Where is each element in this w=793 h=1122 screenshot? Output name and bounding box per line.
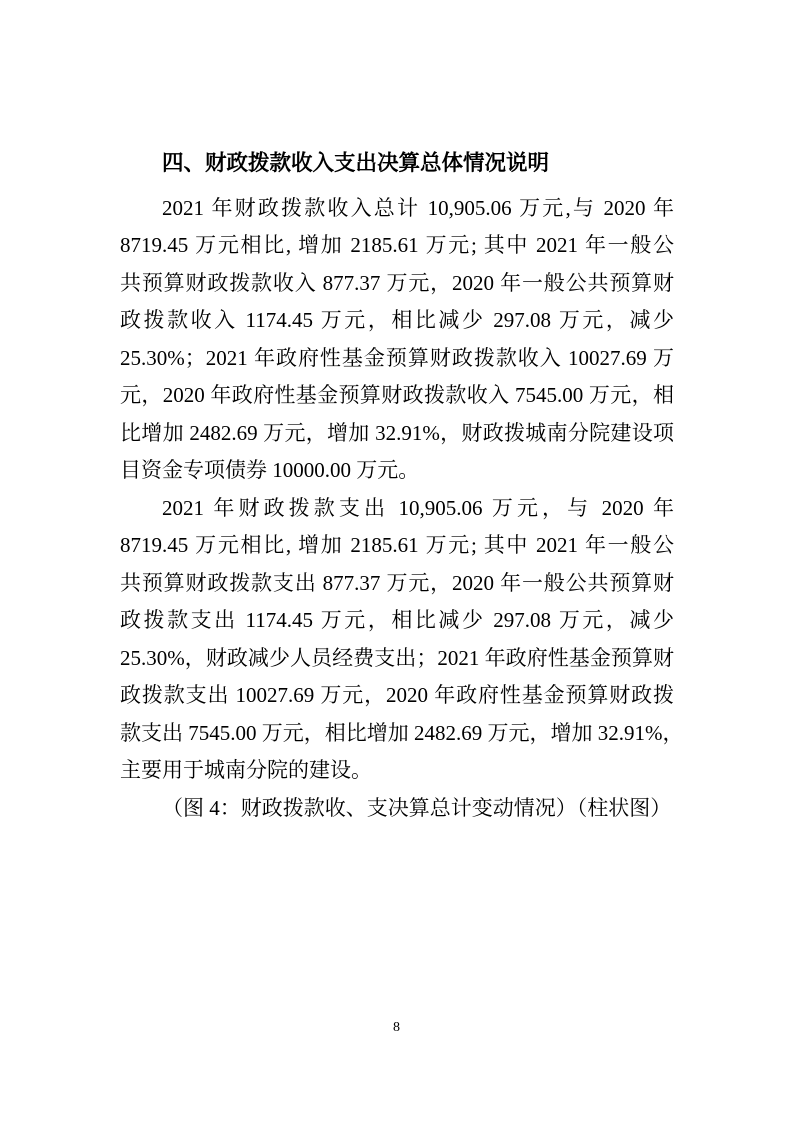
paragraph-income: 2021 年财政拨款收入总计 10,905.06 万元,与 2020 年 871… bbox=[120, 190, 674, 490]
figure-caption: （图 4：财政拨款收、支决算总计变动情况）（柱状图） bbox=[120, 790, 674, 828]
document-page: 四、财政拨款收入支出决算总体情况说明 2021 年财政拨款收入总计 10,905… bbox=[0, 0, 793, 1122]
text-line: 政拨款支出 1174.45 万元，相比减少 297.08 万元，减少 bbox=[120, 602, 674, 640]
text-line: 政拨款支出 10027.69 万元，2020 年政府性基金预算财政拨 bbox=[120, 677, 674, 715]
section-heading: 四、财政拨款收入支出决算总体情况说明 bbox=[120, 145, 674, 183]
text-line: 共预算财政拨款收入 877.37 万元，2020 年一般公共预算财 bbox=[120, 265, 674, 303]
text-line: 元，2020 年政府性基金预算财政拨款收入 7545.00 万元，相 bbox=[120, 377, 674, 415]
text-line: 目资金专项债券 10000.00 万元。 bbox=[120, 452, 674, 490]
page-number: 8 bbox=[0, 1018, 793, 1038]
text-line: 款支出 7545.00 万元，相比增加 2482.69 万元，增加 32.91%… bbox=[120, 715, 674, 753]
text-line: 25.30%，财政减少人员经费支出；2021 年政府性基金预算财 bbox=[120, 640, 674, 678]
paragraph-expenditure: 2021 年财政拨款支出 10,905.06 万元，与 2020 年 8719.… bbox=[120, 490, 674, 790]
text-line: 主要用于城南分院的建设。 bbox=[120, 752, 674, 790]
text-line: 共预算财政拨款支出 877.37 万元，2020 年一般公共预算财 bbox=[120, 565, 674, 603]
text-line: 8719.45 万元相比, 增加 2185.61 万元; 其中 2021 年一般… bbox=[120, 527, 674, 565]
text-line: 政拨款收入 1174.45 万元，相比减少 297.08 万元，减少 bbox=[120, 302, 674, 340]
text-line: 2021 年财政拨款收入总计 10,905.06 万元,与 2020 年 bbox=[120, 190, 674, 228]
text-line: 2021 年财政拨款支出 10,905.06 万元，与 2020 年 bbox=[120, 490, 674, 528]
text-line: 25.30%；2021 年政府性基金预算财政拨款收入 10027.69 万 bbox=[120, 340, 674, 378]
text-line: 比增加 2482.69 万元，增加 32.91%，财政拨城南分院建设项 bbox=[120, 415, 674, 453]
text-line: 8719.45 万元相比, 增加 2185.61 万元; 其中 2021 年一般… bbox=[120, 227, 674, 265]
